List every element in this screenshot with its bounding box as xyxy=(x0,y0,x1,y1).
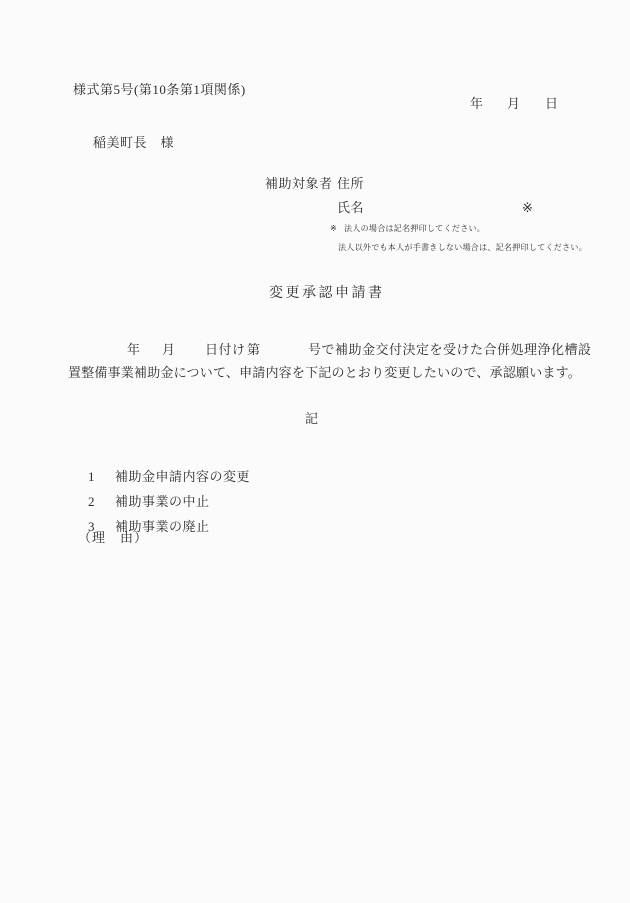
date-month-label: 月 xyxy=(507,97,521,111)
body-line-2: 置整備事業補助金について、申請内容を下記のとおり変更したいので、承認願います。 xyxy=(68,366,581,380)
addressee: 稲美町長 様 xyxy=(93,136,174,150)
document-title: 変更承認申請書 xyxy=(269,287,385,301)
body-month-blank: 月 xyxy=(162,343,176,357)
body-line-1: 号で補助金交付決定を受けた合併処理浄化槽設 xyxy=(308,343,592,357)
note-reference-mark: ※ xyxy=(330,224,337,233)
reason-label: （理 由） xyxy=(78,531,148,545)
applicant-label: 補助対象者 xyxy=(265,177,333,191)
name-label: 氏名 xyxy=(337,201,364,215)
body-day-suffix: 日付け xyxy=(205,343,246,357)
note-line-2: 法人以外でも本人が手書きしない場合は、記名押印してください。 xyxy=(338,243,587,252)
date-day-label: 日 xyxy=(545,97,559,111)
body-year-blank: 年 xyxy=(127,343,141,357)
record-mark: 記 xyxy=(305,412,319,426)
document-page: 様式第5号(第10条第1項関係) 年 月 日 稲美町長 様 補助対象者 住所 氏… xyxy=(0,0,630,903)
address-label: 住所 xyxy=(337,177,364,191)
date-year-label: 年 xyxy=(470,97,484,111)
body-number-prefix: 第 xyxy=(247,343,261,357)
form-number: 様式第5号(第10条第1項関係) xyxy=(73,83,246,97)
note-line-1: 法人の場合は記名押印してください。 xyxy=(344,224,485,233)
seal-reference-mark: ※ xyxy=(522,201,533,215)
